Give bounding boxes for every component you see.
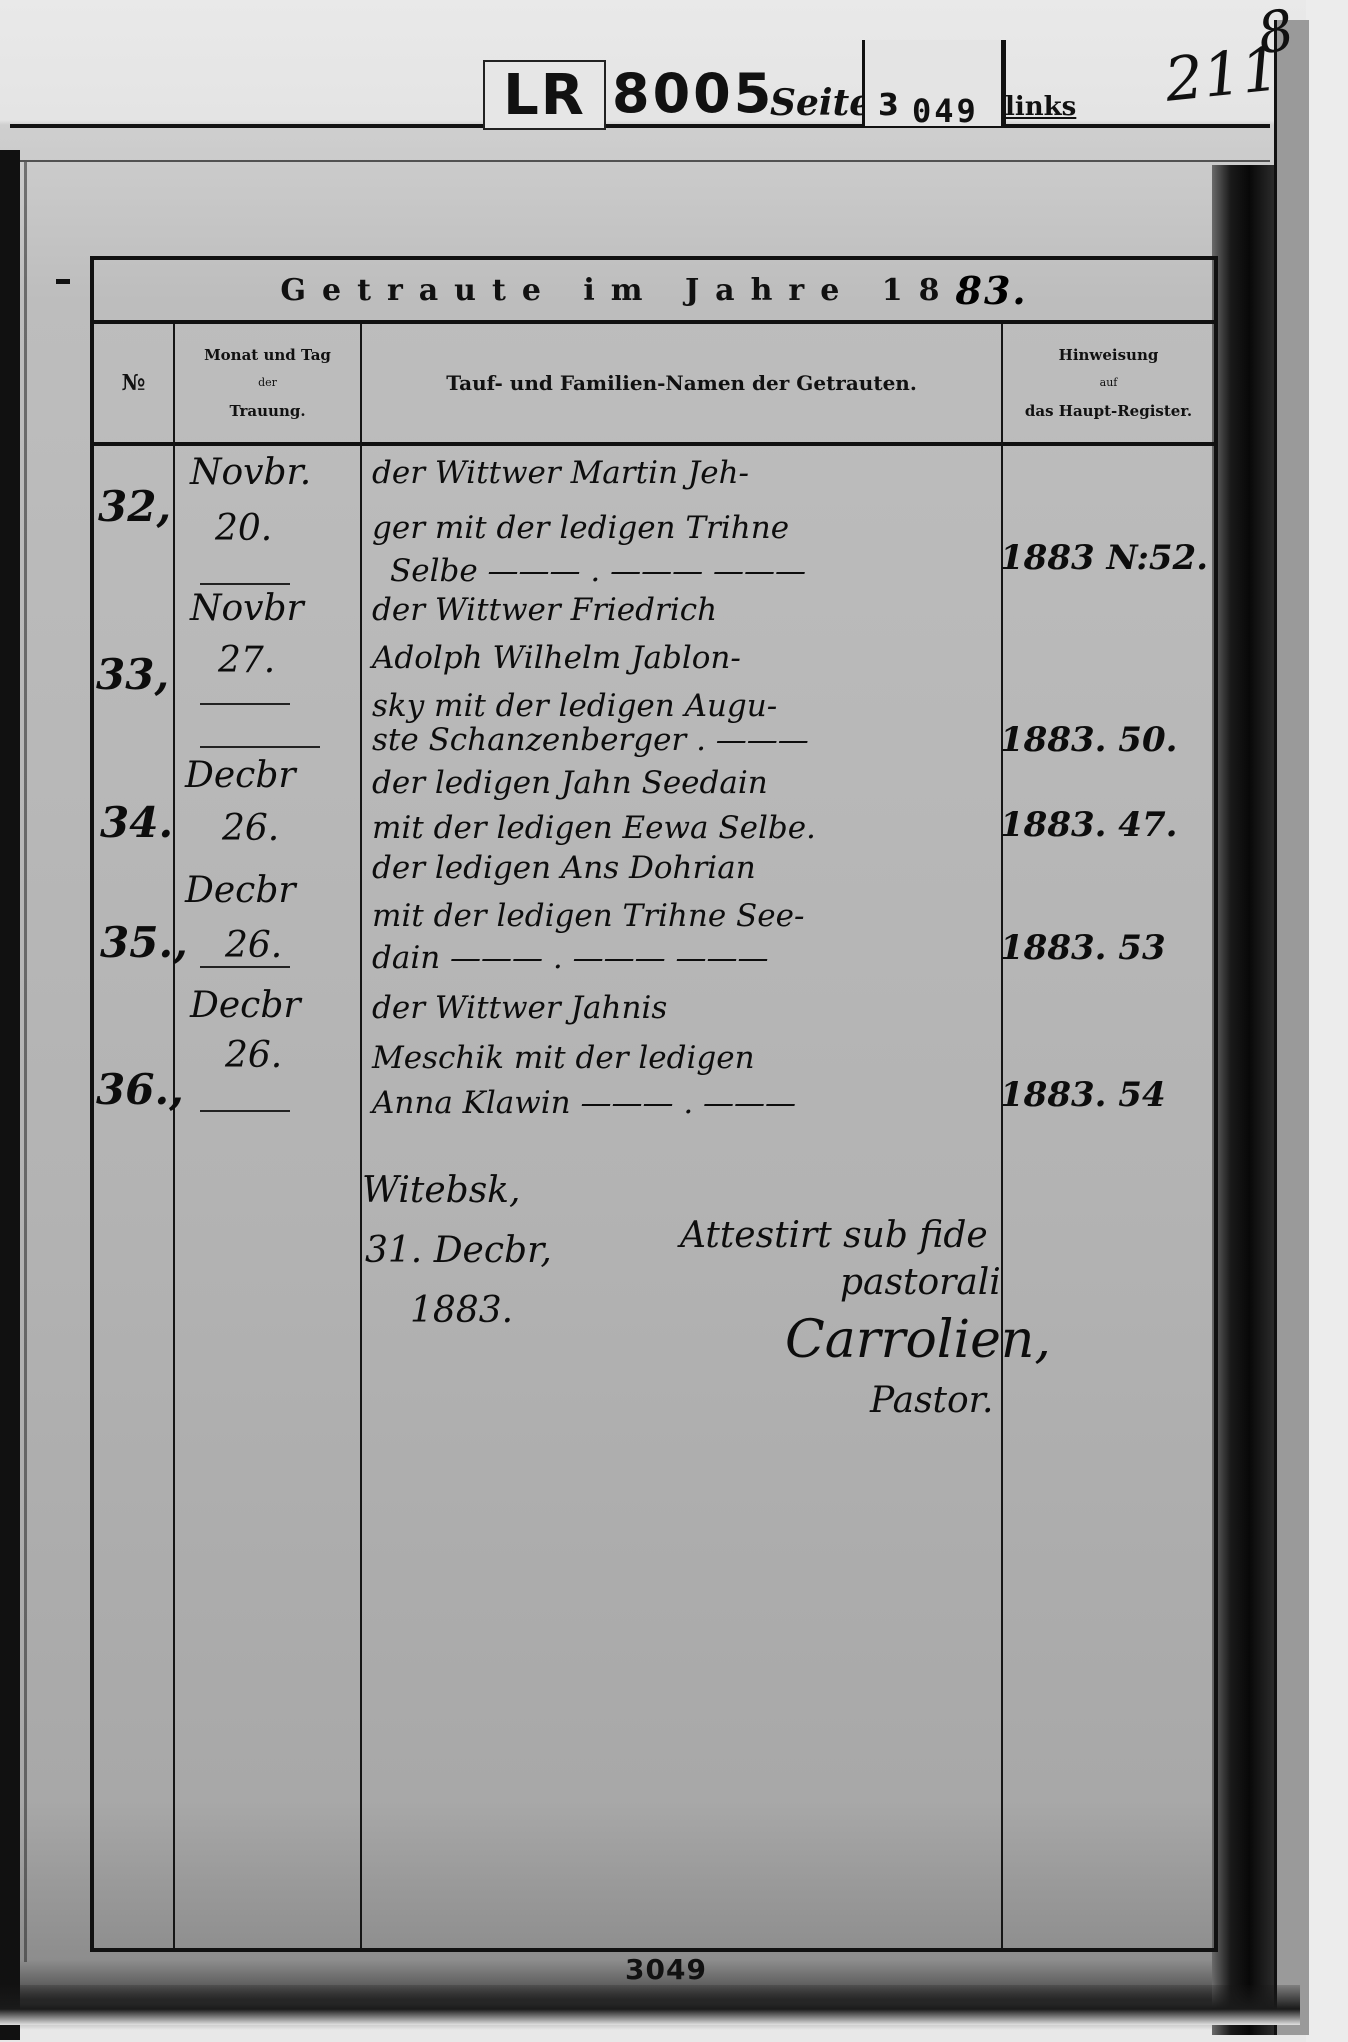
entry-names-line: Adolph Wilhelm Jablon- <box>372 640 741 676</box>
bottom-shadow <box>0 1985 1300 2025</box>
archive-prefix-box: LR <box>483 60 606 130</box>
entry-names-line: mit der ledigen Eewa Selbe. <box>372 810 816 846</box>
entry-number: 34. <box>100 798 173 847</box>
header-register-ref: Hinweisung auf das Haupt-Register. <box>1003 324 1214 442</box>
register-year: 83. <box>956 268 1028 313</box>
entry-number: 35., <box>100 918 188 967</box>
entry-month: Decbr <box>185 870 296 911</box>
entry-names-line: sky mit der ledigen Augu- <box>372 688 777 724</box>
entry-month: Decbr <box>190 985 301 1026</box>
entry-day: 26. <box>225 1035 282 1076</box>
register-title-row: Getraute im Jahre 18 83. <box>94 260 1214 324</box>
entry-names-line: Selbe ——— . ——— ——— <box>390 553 806 589</box>
entry-register-ref: 1883. 50. <box>1000 720 1177 760</box>
attestation-line: Attestirt sub fide <box>680 1215 988 1256</box>
column-divider <box>173 324 175 1948</box>
entry-month: Novbr <box>190 588 304 629</box>
entry-separator <box>200 703 290 705</box>
entry-register-ref: 1883. 54 <box>1000 1075 1166 1115</box>
archive-prefix: LR <box>503 63 586 128</box>
entry-names-line: der ledigen Jahn Seedain <box>372 765 768 801</box>
entry-number: 36., <box>96 1065 184 1114</box>
entry-separator <box>200 966 290 968</box>
header-date-line: Trauung. <box>229 397 305 425</box>
entry-names-line: Meschik mit der ledigen <box>372 1040 755 1076</box>
entry-names-line: ste Schanzenberger . ——— <box>372 722 809 758</box>
entry-names-line: der Wittwer Friedrich <box>372 592 717 628</box>
entry-register-ref: 1883. 53 <box>1000 928 1166 968</box>
closing-year: 1883. <box>410 1290 513 1331</box>
inner-rule-line <box>20 160 1270 162</box>
header-ref-line: das Haupt-Register. <box>1025 397 1192 425</box>
entry-number: 33, <box>96 650 169 699</box>
entry-number: 32, <box>98 482 171 531</box>
inner-left-line <box>24 162 27 1962</box>
entry-day: 20. <box>215 508 272 549</box>
page-number-digit: 3 <box>878 88 899 123</box>
entry-names-line: mit der ledigen Trihne See- <box>372 898 804 934</box>
entry-day: 26. <box>222 808 279 849</box>
entry-register-ref: 1883. 47. <box>1000 805 1177 845</box>
entry-names-line: der Wittwer Jahnis <box>372 990 667 1026</box>
margin-mark <box>56 279 70 284</box>
header-nr: № <box>94 324 173 442</box>
column-divider <box>360 324 362 1948</box>
header-date-line: der <box>258 369 277 397</box>
entry-separator <box>200 746 320 748</box>
pastor-role: Pastor. <box>870 1380 993 1421</box>
header-names: Tauf- und Familien-Namen der Getrauten. <box>362 324 1001 442</box>
header-ref-line: Hinweisung <box>1059 341 1159 369</box>
entry-names-line: Anna Klawin ——— . ——— <box>372 1085 796 1121</box>
header-date: Monat und Tag der Trauung. <box>175 324 360 442</box>
header-names-label: Tauf- und Familien-Namen der Getrauten. <box>446 371 917 395</box>
closing-place: Witebsk, <box>362 1170 520 1211</box>
register-title: Getraute im Jahre 18 <box>280 273 955 308</box>
footer-page-number: 3049 <box>625 1953 707 1986</box>
entry-day: 27. <box>218 640 275 681</box>
pastor-signature: Carrolien, <box>785 1310 1051 1370</box>
header-date-line: Monat und Tag <box>204 341 331 369</box>
seite-label: Seite <box>770 82 872 124</box>
entry-month: Novbr. <box>190 452 311 493</box>
closing-date: 31. Decbr, <box>365 1230 552 1271</box>
entry-separator <box>200 583 290 585</box>
page-number-rest: 049 <box>912 92 979 130</box>
scanner-margin <box>1306 0 1348 2042</box>
attestation-line: pastorali <box>840 1262 1001 1303</box>
side-label: links <box>1005 92 1076 122</box>
entry-names-line: der Wittwer Martin Jeh- <box>372 455 749 491</box>
page-edge-strip <box>1274 20 1309 2035</box>
entry-day: 26. <box>225 925 282 966</box>
entry-separator <box>200 1110 290 1112</box>
entry-names-line: dain ——— . ——— ——— <box>372 940 768 976</box>
header-nr-label: № <box>122 370 146 396</box>
entry-register-ref: 1883 N:52. <box>1000 538 1208 578</box>
page-left-shadow <box>0 150 20 2040</box>
archive-fond-number: 8005 <box>612 62 774 125</box>
entry-names-line: der ledigen Ans Dohrian <box>372 850 756 886</box>
book-binding-shadow <box>1212 165 1274 2035</box>
entry-month: Decbr <box>185 755 296 796</box>
header-ref-line: auf <box>1100 369 1118 397</box>
entry-names-line: ger mit der ledigen Trihne <box>372 510 789 546</box>
